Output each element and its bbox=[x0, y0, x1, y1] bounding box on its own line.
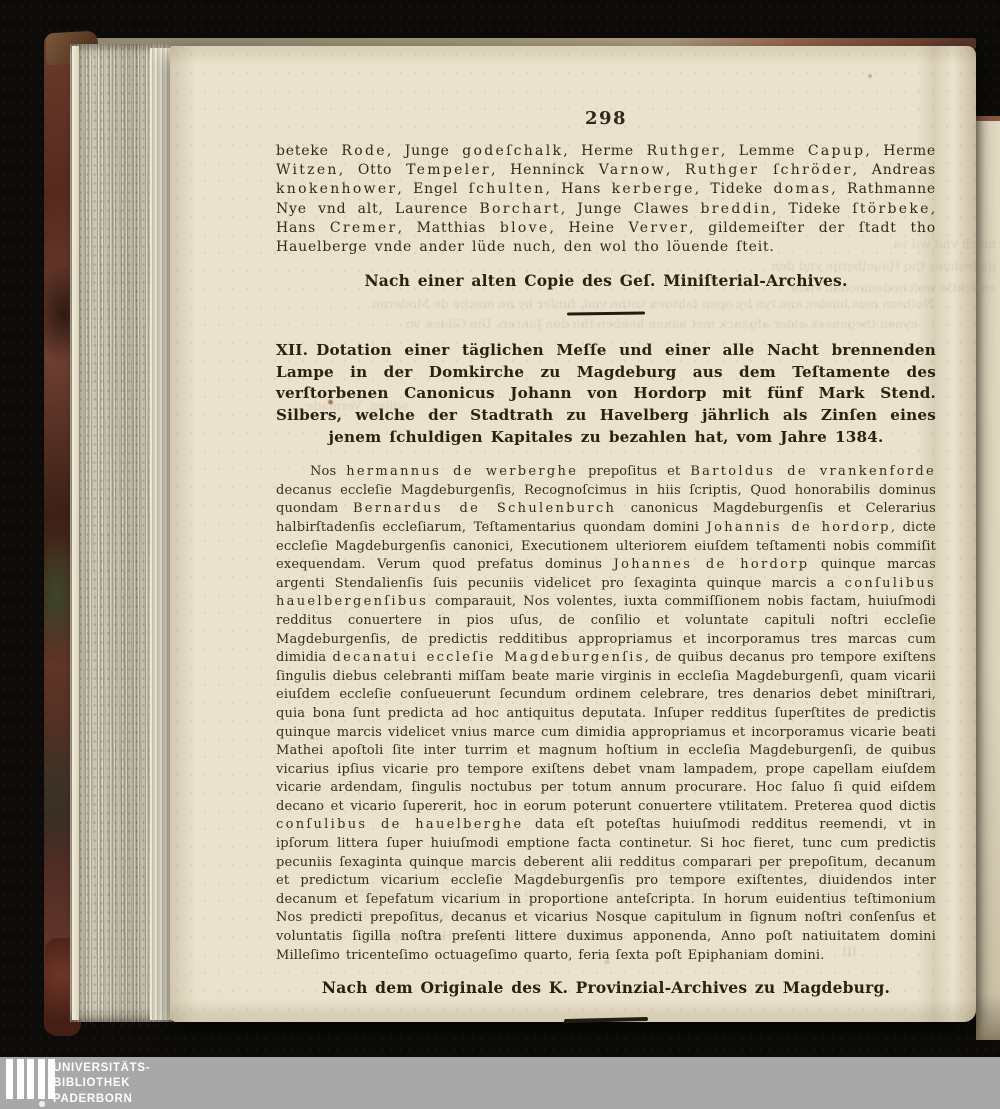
latin-paragraph: Nos hermannus de werberghe prepoſitus et… bbox=[276, 463, 936, 965]
section-number: XII. bbox=[276, 341, 308, 359]
page-content: 298 beteke Rode, Junge godeſchalk, Herme… bbox=[276, 108, 936, 1022]
library-name-line3: PADERBORN bbox=[53, 1092, 150, 1107]
logo-bar bbox=[27, 1059, 34, 1099]
fore-edge-highlight bbox=[72, 46, 79, 1020]
fore-edge-transition bbox=[150, 48, 171, 1020]
library-name: UNIVERSITÄTS- BIBLIOTHEK PADERBORN bbox=[53, 1061, 150, 1107]
next-page-edge bbox=[976, 116, 1000, 1040]
source-note-2: Nach dem Originale des K. Provinzial-Arc… bbox=[276, 978, 936, 997]
section-heading: XII.Dotation einer täglichen Meſſe und e… bbox=[276, 340, 936, 448]
source-note-1: Nach einer alten Copie des Geſ. Miniſter… bbox=[276, 271, 936, 290]
logo-dot bbox=[39, 1101, 45, 1107]
separator-rule-1 bbox=[567, 312, 645, 316]
library-band: UNIVERSITÄTS- BIBLIOTHEK PADERBORN bbox=[0, 1057, 1000, 1109]
logo-bar bbox=[38, 1059, 45, 1099]
library-logo-icon bbox=[6, 1059, 55, 1099]
section-title: Dotation einer täglichen Meſſe und einer… bbox=[276, 341, 936, 445]
library-name-line1: UNIVERSITÄTS- bbox=[53, 1061, 150, 1076]
library-name-line2: BIBLIOTHEK bbox=[53, 1076, 150, 1091]
opening-paragraph: beteke Rode, Junge godeſchalk, Herme Rut… bbox=[276, 142, 936, 257]
page-number: 298 bbox=[276, 108, 936, 129]
logo-bar bbox=[17, 1059, 24, 1099]
logo-bar bbox=[6, 1059, 13, 1099]
